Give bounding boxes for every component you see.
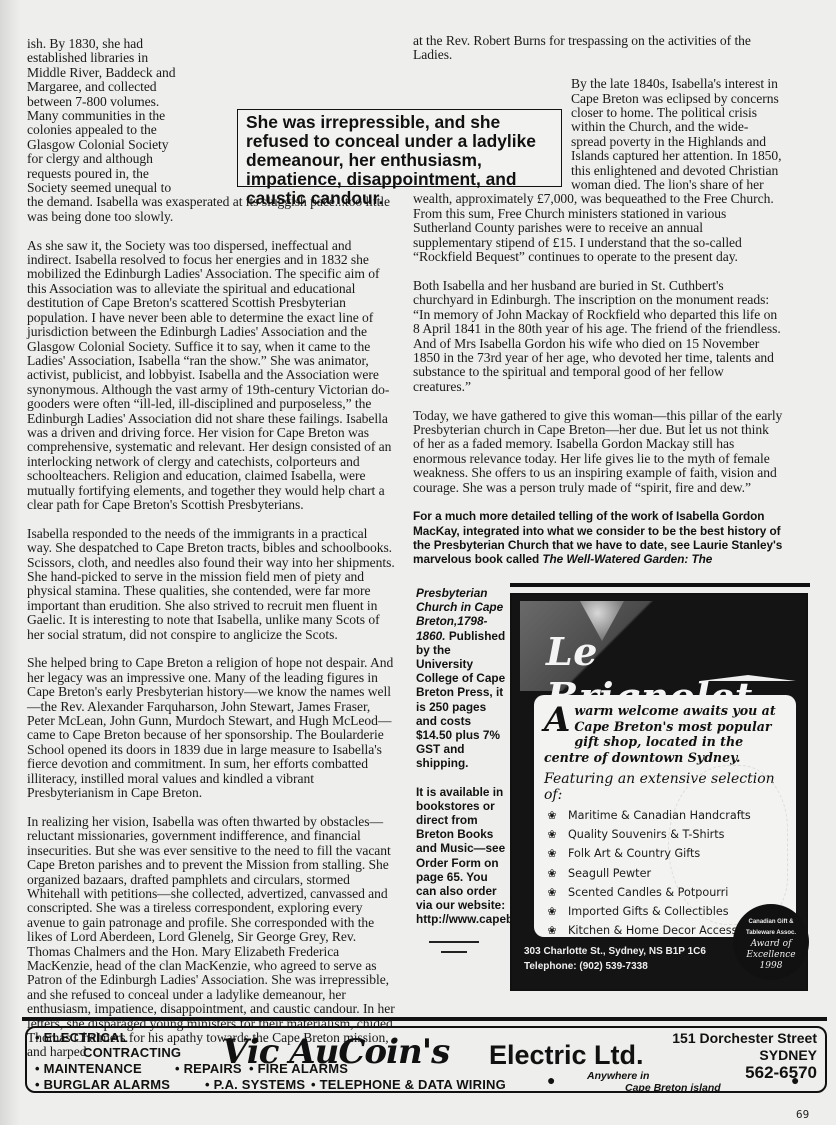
brand-name: Electric Ltd. [489, 1040, 644, 1071]
flower-bullet-icon: ❀ [544, 864, 560, 883]
article-paragraph: She helped bring to Cape Breton a religi… [27, 656, 395, 800]
divider-rule [22, 1017, 827, 1021]
item-label: Scented Candles & Potpourri [568, 883, 728, 902]
street-address: 151 Dorchester Street [672, 1030, 817, 1047]
article-paragraph: Both Isabella and her husband are buried… [413, 279, 783, 394]
page-number: 69 [796, 1108, 809, 1121]
service-electrical: • ELECTRICAL [35, 1030, 128, 1045]
article-paragraph: In realizing her vision, Isabella was of… [27, 815, 395, 1060]
book-details-column: Presbyterian Church in Cape Breton,1798-… [416, 586, 508, 953]
city: SYDNEY [672, 1047, 817, 1064]
service-contracting: CONTRACTING [83, 1045, 181, 1060]
bullet-dot: ● [547, 1072, 555, 1088]
list-item: ❀Seagull Pewter [544, 864, 786, 883]
telephone-line: Telephone: (902) 539-7338 [524, 959, 706, 974]
book-availability: It is available in bookstores or direct … [416, 785, 508, 927]
seal-year: 1998 [736, 961, 806, 972]
book-title: The Well-Watered Garden: The [542, 552, 712, 566]
list-item: ❀Quality Souvenirs & T-Shirts [544, 825, 786, 844]
ad-banner: Le Brignolet [520, 601, 802, 691]
service-telephone-data: • TELEPHONE & DATA WIRING [311, 1077, 506, 1092]
flower-bullet-icon: ❀ [544, 921, 560, 937]
end-rule [429, 941, 479, 943]
flower-bullet-icon: ❀ [544, 844, 560, 863]
pull-quote: She was irrepressible, and she refused t… [237, 109, 562, 187]
book-note: For a much more detailed telling of the … [413, 509, 783, 566]
ad-frame: Le Brignolet A warm welcome awaits you a… [510, 593, 808, 991]
business-address: 151 Dorchester Street SYDNEY 562-6570 [672, 1030, 817, 1081]
le-brignolet-ad: Le Brignolet A warm welcome awaits you a… [510, 583, 810, 993]
item-label: Folk Art & Country Gifts [568, 844, 700, 863]
item-label: Seagull Pewter [568, 864, 651, 883]
service-maintenance: • MAINTENANCE [35, 1061, 142, 1076]
ad-content-panel: A warm welcome awaits you at Cape Breton… [534, 695, 796, 937]
list-item: ❀Maritime & Canadian Handcrafts [544, 806, 786, 825]
seal-award-text: Award of Excellence [736, 939, 806, 961]
ad-welcome: A warm welcome awaits you at Cape Breton… [544, 703, 786, 765]
article-paragraph: at the Rev. Robert Burns for trespassing… [413, 34, 783, 63]
flower-bullet-icon: ❀ [544, 806, 560, 825]
item-label: Imported Gifts & Collectibles [568, 902, 729, 921]
book-publish-info: Published by the University College of C… [416, 629, 505, 771]
list-item: ❀Scented Candles & Potpourri [544, 883, 786, 902]
drop-cap: A [544, 705, 570, 735]
flower-bullet-icon: ❀ [544, 825, 560, 844]
store-address: 303 Charlotte St., Sydney, NS B1P 1C6 Te… [524, 944, 706, 974]
page-gutter-shadow [0, 0, 20, 1125]
award-seal: Canadian Gift & Tableware Assoc. Award o… [736, 907, 806, 977]
brand-script: Vic AuCoin's [222, 1032, 449, 1072]
article-paragraph: As she saw it, the Society was too dispe… [27, 239, 395, 513]
address-line: 303 Charlotte St., Sydney, NS B1P 1C6 [524, 944, 706, 959]
phone-number: 562-6570 [672, 1064, 817, 1081]
service-burglar-alarms: • BURGLAR ALARMS [35, 1077, 170, 1092]
article-paragraph: Today, we have gathered to give this wom… [413, 409, 783, 495]
flower-bullet-icon: ❀ [544, 883, 560, 902]
item-label: Quality Souvenirs & T-Shirts [568, 825, 725, 844]
welcome-text: warm welcome awaits you at Cape Breton's… [544, 703, 776, 765]
flower-bullet-icon: ❀ [544, 902, 560, 921]
item-label: Maritime & Canadian Handcrafts [568, 806, 751, 825]
list-item: ❀Folk Art & Country Gifts [544, 844, 786, 863]
service-area-line2: Cape Breton island [587, 1082, 721, 1094]
service-pa-systems: • P.A. SYSTEMS [205, 1077, 305, 1092]
article-paragraph: Isabella responded to the needs of the i… [27, 527, 395, 642]
end-rule [441, 951, 467, 953]
seal-ring-text: Canadian Gift & Tableware Assoc. [736, 917, 806, 939]
vic-aucoin-electric-ad: • ELECTRICAL CONTRACTING • MAINTENANCE •… [25, 1026, 827, 1093]
